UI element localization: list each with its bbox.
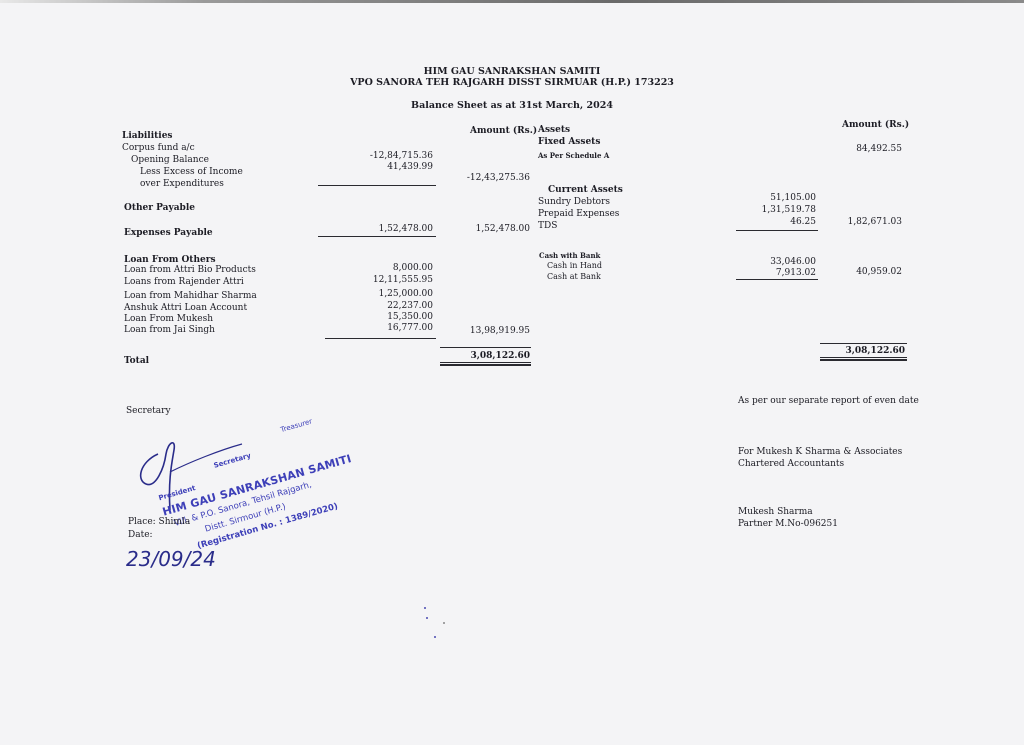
scan-speck (424, 607, 426, 609)
corpus-subtotal-rule (318, 185, 436, 186)
opening-balance-value: -12,84,715.36 (330, 151, 433, 162)
assets-heading: Assets (538, 125, 570, 136)
assets-amount-header: Amount (Rs.) (842, 120, 909, 131)
partner-name: Mukesh Sharma (738, 507, 813, 518)
org-name: HIM GAU SANRAKSHAN SAMITI (312, 66, 712, 77)
cash-item-label: Cash in Hand (547, 260, 602, 271)
expenses-payable-value: 1,52,478.00 (330, 224, 433, 235)
scan-speck (434, 636, 436, 638)
loan-item-value: 1,25,000.00 (330, 289, 433, 300)
current-asset-label: Prepaid Expenses (538, 209, 619, 220)
loan-item-value: 8,000.00 (330, 263, 433, 274)
auditor-firm: For Mukesh K Sharma & Associates (738, 447, 902, 458)
current-asset-label: Sundry Debtors (538, 197, 610, 208)
auditor-firm-sub: Chartered Accountants (738, 459, 844, 470)
cash-item-value: 7,913.02 (720, 268, 816, 279)
other-payable-label: Other Payable (124, 203, 195, 214)
loan-item-label: Anshuk Attri Loan Account (124, 303, 247, 314)
expenses-payable-label: Expenses Payable (124, 228, 213, 239)
secretary-label: Secretary (126, 406, 171, 417)
liabilities-amount-header: Amount (Rs.) (470, 126, 537, 137)
date-label: Date: (128, 530, 153, 541)
current-assets-rule (736, 230, 818, 231)
loan-item-label: Loan from Mahidhar Sharma (124, 291, 257, 302)
less-excess-value: 41,439.99 (330, 162, 433, 173)
loan-item-value: 15,350.00 (330, 312, 433, 323)
loan-item-label: Loan From Mukesh (124, 314, 213, 325)
current-asset-value: 51,105.00 (720, 193, 816, 204)
stamp-role-treasurer: Treasurer (280, 417, 314, 434)
corpus-label: Corpus fund a/c (122, 143, 195, 154)
assets-total-top-rule (820, 343, 907, 344)
loans-rule (325, 338, 436, 339)
less-excess-label-2: over Expenditures (140, 179, 224, 190)
loan-item-value: 22,237.00 (330, 301, 433, 312)
schedule-a-label: As Per Schedule A (538, 150, 609, 161)
current-assets-total: 1,82,671.03 (810, 217, 902, 228)
fixed-assets-heading: Fixed Assets (538, 137, 600, 148)
org-address: VPO SANORA TEH RAJGARH DISST SIRMUAR (H.… (312, 77, 712, 88)
loan-item-label: Loan from Jai Singh (124, 325, 215, 336)
assets-total-value: 3,08,122.60 (815, 346, 905, 357)
liabilities-total-top-rule (440, 347, 531, 348)
fixed-assets-total: 84,492.55 (810, 144, 902, 155)
cash-rule (736, 279, 818, 280)
assets-total-double-rule (820, 357, 907, 361)
loan-item-value: 12,11,555.95 (330, 275, 433, 286)
cash-item-label: Cash at Bank (547, 271, 601, 282)
scan-speck (426, 617, 428, 619)
corpus-total: -12,43,275.36 (440, 173, 530, 184)
handwritten-date: 23/09/24 (126, 547, 216, 571)
liabilities-heading: Liabilities (122, 131, 173, 142)
total-label: Total (124, 356, 149, 367)
less-excess-label-1: Less Excess of Income (140, 167, 243, 178)
current-asset-value: 1,31,519.78 (720, 205, 816, 216)
liabilities-total-value: 3,08,122.60 (440, 351, 530, 362)
opening-balance-label: Opening Balance (131, 155, 209, 166)
loans-total: 13,98,919.95 (440, 326, 530, 337)
place-label: Place: Shimla (128, 517, 190, 528)
cash-item-value: 33,046.00 (720, 257, 816, 268)
loan-item-value: 16,777.00 (330, 323, 433, 334)
scan-speck (443, 622, 445, 624)
partner-membership: Partner M.No-096251 (738, 519, 838, 530)
current-asset-label: TDS (538, 221, 557, 232)
liabilities-total-double-rule (440, 362, 531, 366)
document-title: Balance Sheet as at 31st March, 2024 (312, 100, 712, 111)
current-assets-heading: Current Assets (548, 185, 623, 196)
loan-item-label: Loan from Attri Bio Products (124, 265, 256, 276)
auditor-note: As per our separate report of even date (738, 396, 919, 407)
current-asset-value: 46.25 (720, 217, 816, 228)
balance-sheet-document: HIM GAU SANRAKSHAN SAMITI VPO SANORA TEH… (0, 0, 1024, 745)
loan-item-label: Loans from Rajender Attri (124, 277, 244, 288)
stamp-role-secretary: Secretary (213, 452, 252, 470)
cash-total: 40,959.02 (810, 267, 902, 278)
expenses-payable-total: 1,52,478.00 (440, 224, 530, 235)
expenses-rule (318, 236, 436, 237)
